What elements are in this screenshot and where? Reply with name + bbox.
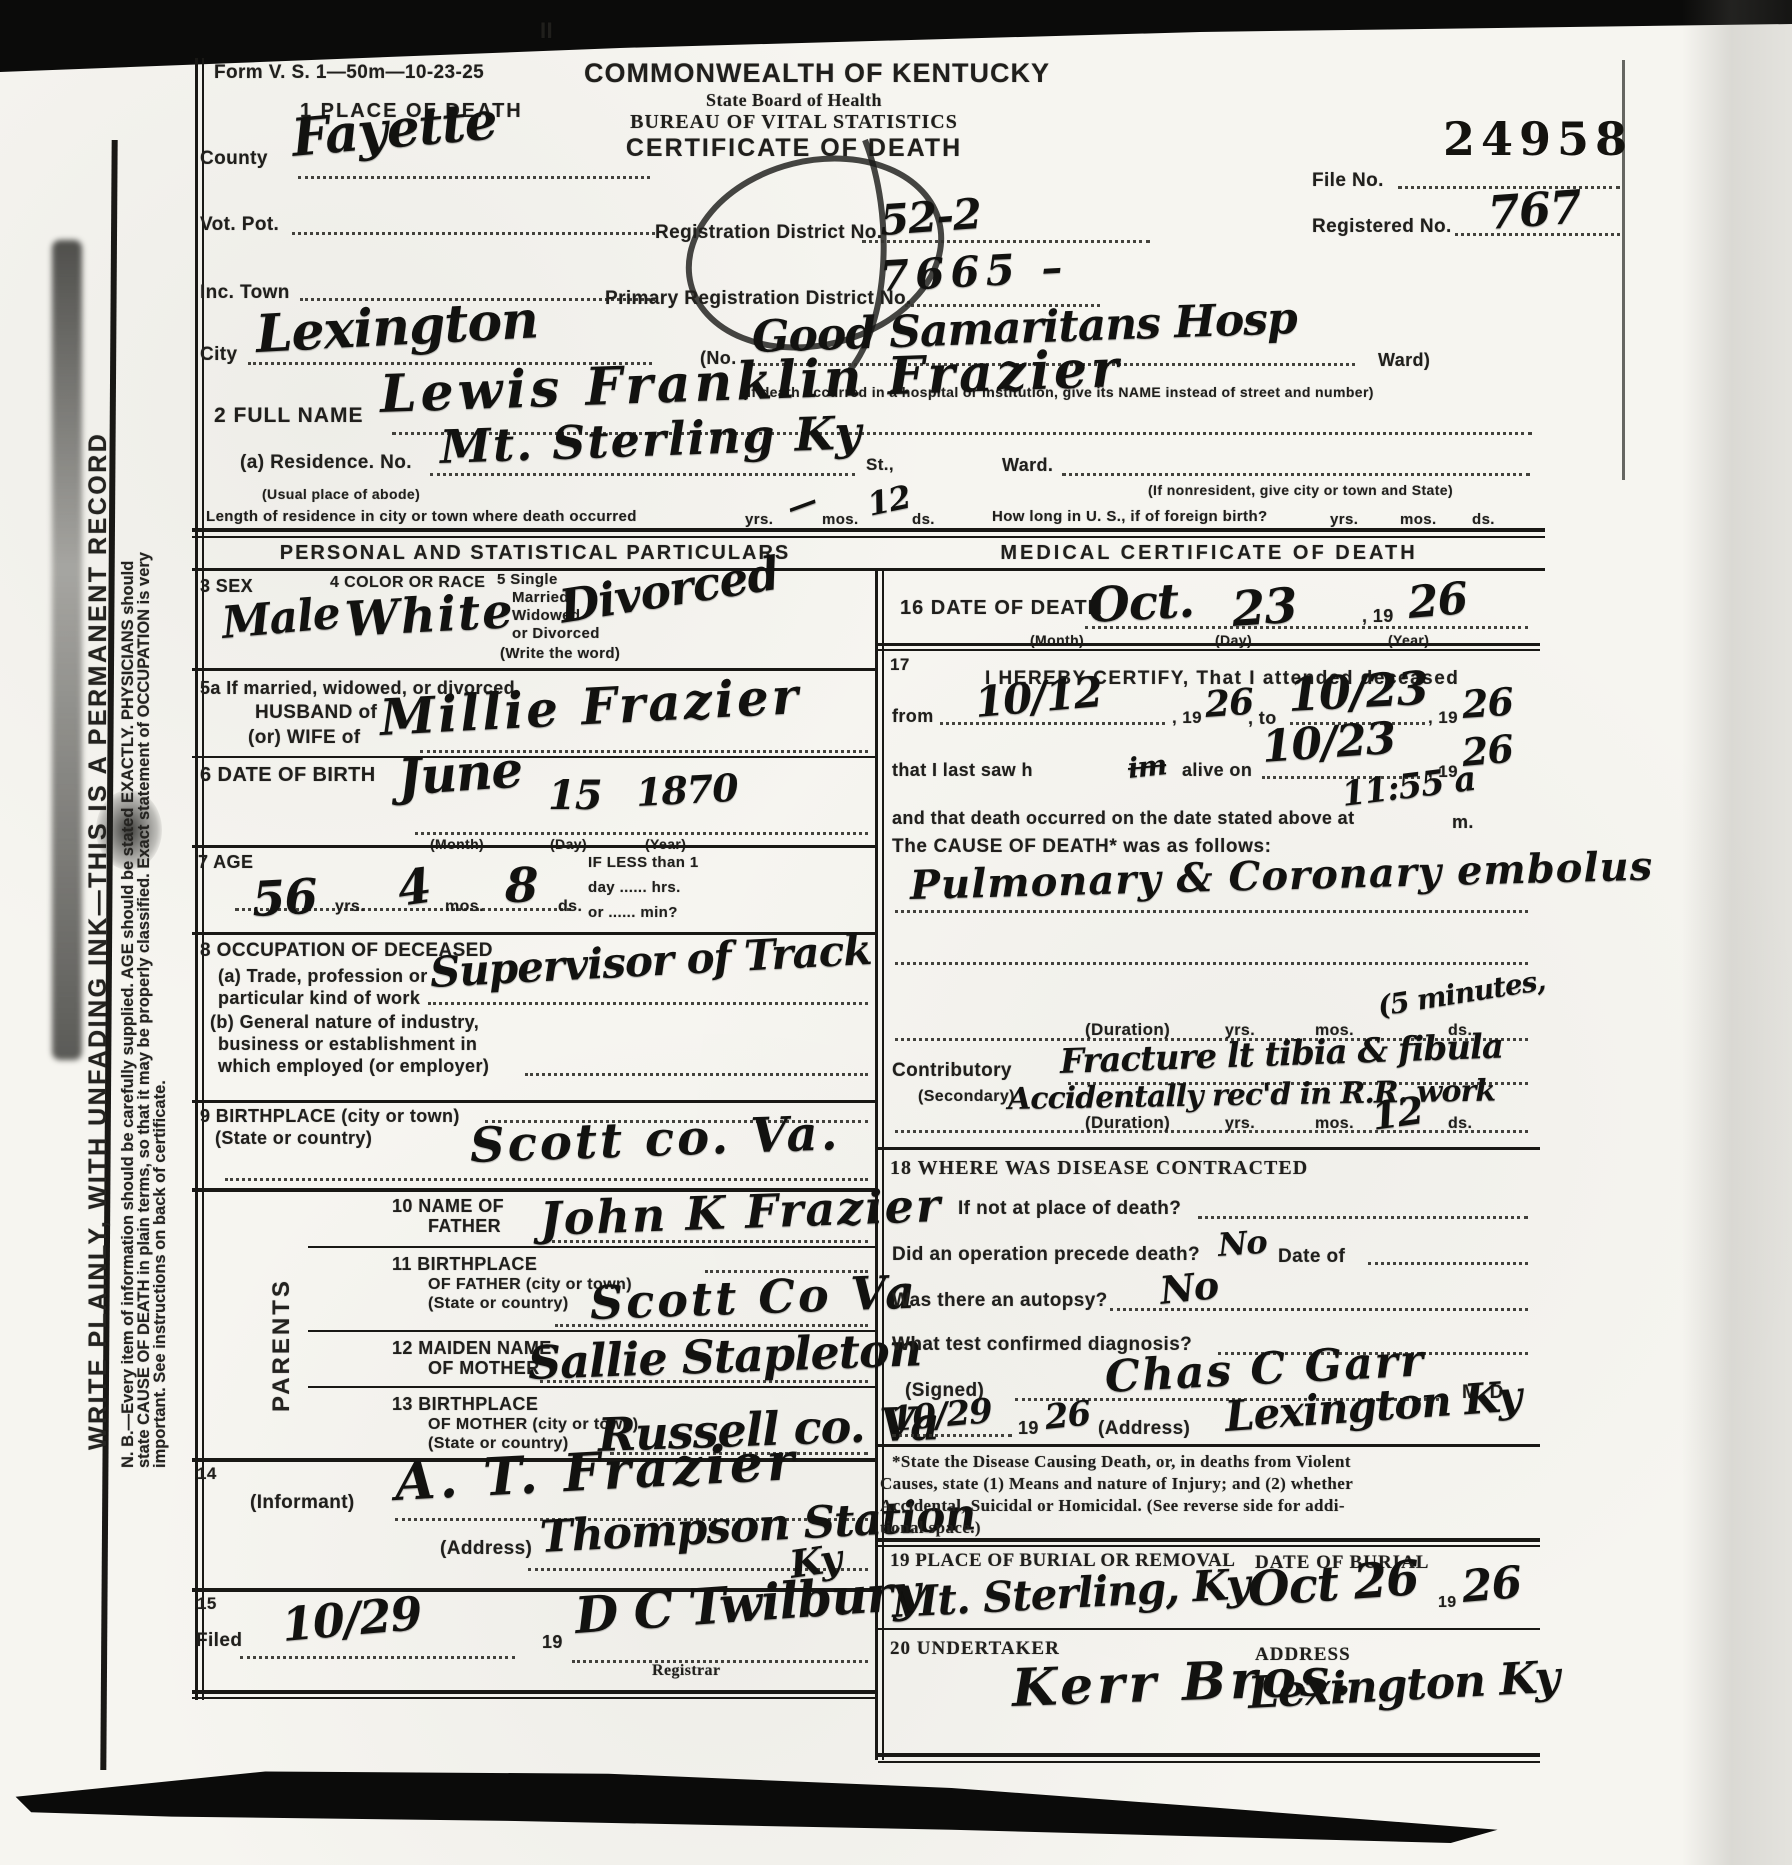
title-commonwealth: COMMONWEALTH OF KENTUCKY	[584, 58, 1004, 89]
dob-day-label: (Day)	[550, 836, 587, 852]
file-no-label: File No.	[1312, 170, 1384, 192]
county-label: County	[200, 148, 268, 170]
right-column-header: MEDICAL CERTIFICATE OF DEATH	[878, 542, 1540, 565]
county-line	[298, 176, 650, 179]
registrar-label: Registrar	[652, 1662, 720, 1680]
left-bottom-rule-1	[192, 1690, 878, 1694]
length-yrs-mark: —	[782, 483, 821, 526]
dob-month-value: June	[396, 739, 524, 807]
burial-year-value: 26	[1460, 1557, 1523, 1613]
father-bp-label3: (State or country)	[428, 1295, 569, 1313]
length-residence-label: Length of residence in city or town wher…	[206, 508, 637, 525]
from-line	[940, 722, 1165, 725]
secondary-label: (Secondary)	[918, 1088, 1015, 1106]
age-years-value: 56	[251, 869, 319, 928]
abode-note: (Usual place of abode)	[262, 486, 420, 502]
margin-write-plainly-note: WRITE PLAINLY, WITH UNFADING INK—THIS IS…	[84, 432, 113, 1450]
ifless-line2: day ...... hrs.	[588, 879, 681, 896]
residence-ward-label: Ward.	[1002, 455, 1053, 476]
marital-label-5: (Write the word)	[500, 645, 620, 662]
burial-top-rule-1	[878, 1538, 1540, 1542]
age-days-value: 8	[505, 858, 537, 914]
page-mark: II	[540, 18, 553, 44]
wife-of-label: (or) WIFE of	[248, 727, 360, 749]
section-divider-rule-2	[192, 536, 1545, 538]
dob-month-label: (Month)	[430, 836, 484, 852]
nonresident-note: (If nonresident, give city or town and S…	[1148, 482, 1453, 498]
from-date-value: 10/12	[973, 667, 1104, 727]
dod-day-value: 23	[1230, 578, 1299, 638]
howlong-mos-label: mos.	[1400, 511, 1437, 528]
birthplace-line2	[225, 1178, 868, 1181]
burial-divider	[0, 287, 2, 506]
last-saw-strike: im	[1126, 748, 1168, 785]
registered-no-value: 767	[1486, 180, 1583, 240]
file-no-value: 24958	[1443, 112, 1633, 166]
date-of-line	[1368, 1262, 1528, 1265]
residence-ward-line	[1062, 473, 1530, 476]
sex-label: 3 SEX	[200, 576, 253, 597]
occupation-b-line	[525, 1073, 868, 1076]
signed-date-line	[892, 1434, 1012, 1437]
filed-number: 15	[197, 1594, 217, 1614]
contracted-top-rule	[878, 1147, 1540, 1150]
length-ds-label: ds.	[912, 511, 935, 528]
residence-line	[430, 473, 855, 476]
dob-year-value: 1870	[635, 765, 739, 815]
residence-label: (a) Residence. No.	[240, 452, 412, 474]
duration-note-value: (5 minutes,	[1375, 964, 1547, 1023]
signed-address-label: (Address)	[1098, 1418, 1190, 1440]
inc-town-label: Inc. Town	[200, 282, 290, 304]
right-bottom-rule-1	[878, 1753, 1540, 1757]
age-label: 7 AGE	[198, 852, 253, 873]
duration2-ds-label: ds.	[1448, 1115, 1472, 1133]
to-year-prefix: , 19	[1428, 708, 1458, 728]
color-race-value: White	[344, 583, 516, 648]
filed-date-value: 10/29	[280, 1586, 424, 1652]
primary-registration-label: Primary Registration District No.	[605, 288, 912, 310]
mother-bp-label1: 13 BIRTHPLACE	[392, 1394, 538, 1415]
cause-line2	[895, 962, 1528, 965]
mother-row-rule	[308, 1386, 878, 1388]
age-box-divider	[0, 200, 2, 287]
cause-line1	[895, 910, 1528, 913]
occupation-a-label1: (a) Trade, profession or	[218, 966, 428, 987]
full-name-label: 2 FULL NAME	[214, 404, 363, 428]
dob-day-value: 15	[548, 772, 602, 819]
mother-name-label2: OF MOTHER	[428, 1358, 540, 1379]
contracted-label: 18 WHERE WAS DISEASE CONTRACTED	[890, 1157, 1308, 1180]
occupation-b-label2: business or establishment in	[218, 1034, 477, 1055]
occupation-row-bottom-rule	[192, 1100, 878, 1103]
operation-value: No	[1217, 1223, 1268, 1264]
margin-nb-line3: important. See instructions on back of c…	[151, 1080, 170, 1468]
operation-label: Did an operation precede death?	[892, 1244, 1200, 1266]
from-year-value: 26	[1204, 681, 1255, 726]
informant-number: 14	[197, 1464, 217, 1484]
form-number: Form V. S. 1—50m—10-23-25	[214, 62, 484, 84]
autopsy-value: No	[1158, 1262, 1220, 1313]
sex-value: Male	[220, 588, 342, 649]
dob-label: 6 DATE OF BIRTH	[200, 764, 376, 787]
last-saw-label: that I last saw h	[892, 760, 1033, 781]
signed-date-value: 10/29	[888, 1391, 993, 1440]
death-occurred-label: and that death occurred on the date stat…	[892, 808, 1354, 829]
dob-row-bottom-rule	[192, 845, 878, 848]
informant-address-label: (Address)	[440, 1538, 532, 1560]
occupation-a-value: Supervisor of Track	[429, 925, 873, 997]
age-months-value: 4	[394, 858, 434, 918]
date-of-label: Date of	[1278, 1246, 1345, 1268]
scan-right-shading	[1682, 0, 1792, 1865]
birthplace-label: 9 BIRTHPLACE (city or town)	[200, 1106, 460, 1127]
parents-side-label: PARENTS	[268, 1278, 296, 1412]
length-mos-label: mos.	[822, 511, 859, 528]
undertaker-top-rule	[878, 1628, 1540, 1630]
registrar-signature: D C Twilbury	[573, 1562, 922, 1645]
howlong-us-label: How long in U. S., if of foreign birth?	[992, 508, 1268, 525]
death-certificate-scan: WRITE PLAINLY, WITH UNFADING INK—THIS IS…	[0, 0, 1792, 1865]
date-of-death-label: 16 DATE OF DEATH	[900, 597, 1103, 620]
duration2-yrs-label: yrs.	[1225, 1115, 1255, 1133]
duration2-ds-value: 12	[1369, 1087, 1426, 1139]
registration-district-label: Registration District No.	[655, 222, 882, 244]
marital-label-1: 5 Single	[497, 571, 558, 588]
dod-month-value: Oct.	[1087, 572, 1196, 633]
time-of-death-value: 11:55 a	[1340, 759, 1478, 815]
duration2-line	[895, 1130, 1528, 1133]
informant-label: (Informant)	[250, 1492, 355, 1514]
dod-bottom-rule-1	[878, 643, 1540, 646]
husband-of-label: HUSBAND of	[255, 702, 377, 724]
dod-year-prefix: , 19	[1362, 606, 1394, 627]
under-header-rule	[192, 568, 1545, 571]
father-bp-label1: 11 BIRTHPLACE	[392, 1254, 537, 1275]
ward-close-label: Ward)	[1378, 350, 1430, 371]
autopsy-label: Was there an autopsy?	[892, 1290, 1108, 1312]
scan-bottom-band	[0, 1755, 1560, 1865]
registered-no-label: Registered No.	[1312, 216, 1452, 238]
father-name-label1: 10 NAME OF	[392, 1196, 504, 1217]
footnote-line2: Causes, state (1) Means and nature of In…	[880, 1474, 1353, 1494]
occupation-b-label3: which employed (or employer)	[218, 1056, 489, 1077]
form-left-border-outer	[195, 58, 198, 1700]
city-label: City	[200, 344, 238, 366]
occupation-a-label2: particular kind of work	[218, 988, 420, 1009]
footnote-line4: tional space.)	[880, 1518, 981, 1538]
father-row-rule	[308, 1246, 878, 1248]
birthplace-sub-label: (State or country)	[215, 1128, 372, 1149]
ifless-line1: IF LESS than 1	[588, 854, 699, 871]
to-year-value: 26	[1460, 679, 1514, 727]
residence-st-label: St.,	[866, 455, 894, 475]
howlong-yrs-label: yrs.	[1330, 511, 1358, 528]
signed-year-prefix: 19	[1018, 1418, 1039, 1439]
age-mos-label: mos.	[445, 898, 484, 916]
title-state-board: State Board of Health	[584, 90, 1004, 111]
length-ds-value: 12	[864, 478, 914, 524]
spouse-row-bottom-rule	[192, 756, 878, 758]
left-bottom-rule-2	[192, 1697, 878, 1699]
burial-date-value: Oct 26	[1246, 1550, 1420, 1618]
primary-registration-value: 7665 –	[879, 242, 1070, 301]
alive-on-label: alive on	[1182, 760, 1252, 781]
time-m-label: m.	[1452, 812, 1474, 833]
footnote-line3: Accidental, Suicidal or Homicidal. (See …	[880, 1496, 1345, 1516]
occupation-a-line	[428, 1002, 868, 1005]
dod-year-value: 26	[1406, 573, 1469, 629]
dod-bottom-rule-2	[878, 649, 1540, 651]
age-ds-label: ds.	[558, 898, 582, 916]
city-value: Lexington	[254, 289, 539, 365]
from-label: from	[892, 706, 934, 727]
length-yrs-label: yrs.	[745, 511, 773, 528]
to-date-value: 10/23	[1287, 661, 1429, 722]
filed-label: Filed	[196, 1630, 242, 1652]
from-year-prefix: , 19	[1172, 708, 1202, 728]
form-left-border-inner	[202, 58, 204, 1700]
footnote-line1: *State the Disease Causing Death, or, in…	[892, 1452, 1351, 1472]
occupation-b-label1: (b) General nature of industry,	[210, 1012, 479, 1033]
right-bottom-rule-2	[878, 1761, 1540, 1763]
dob-year-label: (Year)	[645, 836, 686, 852]
not-at-place-line	[1198, 1216, 1528, 1219]
burial-year-prefix: 19	[1438, 1594, 1457, 1612]
duration2-mos-label: mos.	[1315, 1115, 1354, 1133]
not-at-place-label: If not at place of death?	[958, 1198, 1181, 1220]
vot-pct-line	[292, 232, 655, 235]
duration2-label: (Duration)	[1085, 1113, 1170, 1133]
filed-date-line	[240, 1656, 515, 1659]
vot-pct-label: Vot. Pot.	[200, 214, 279, 236]
registration-district-value: 52-2	[878, 189, 982, 245]
father-bp-value: Scott Co Va	[589, 1265, 919, 1330]
burial-top-rule-2	[878, 1545, 1540, 1547]
footnote-top-rule	[878, 1444, 1540, 1447]
signed-year-value: 26	[1043, 1393, 1092, 1438]
father-name-label2: FATHER	[428, 1216, 501, 1237]
duration-label: (Duration)	[1085, 1020, 1170, 1040]
color-marital-divider	[0, 100, 2, 200]
age-yrs-label: yrs.	[335, 898, 365, 916]
filed-year-label: 19	[542, 1632, 563, 1653]
contributory-label: Contributory	[892, 1060, 1012, 1082]
margin-binding-smudge	[52, 240, 82, 1060]
howlong-ds-label: ds.	[1472, 511, 1495, 528]
last-saw-value: 10/23	[1260, 713, 1397, 773]
dob-line	[415, 832, 868, 835]
ifless-line3: or ...... min?	[588, 904, 678, 921]
section-divider-rule-1	[192, 528, 1545, 532]
birthplace-value: Scott co. Va.	[469, 1105, 841, 1174]
certify-number: 17	[890, 655, 910, 675]
